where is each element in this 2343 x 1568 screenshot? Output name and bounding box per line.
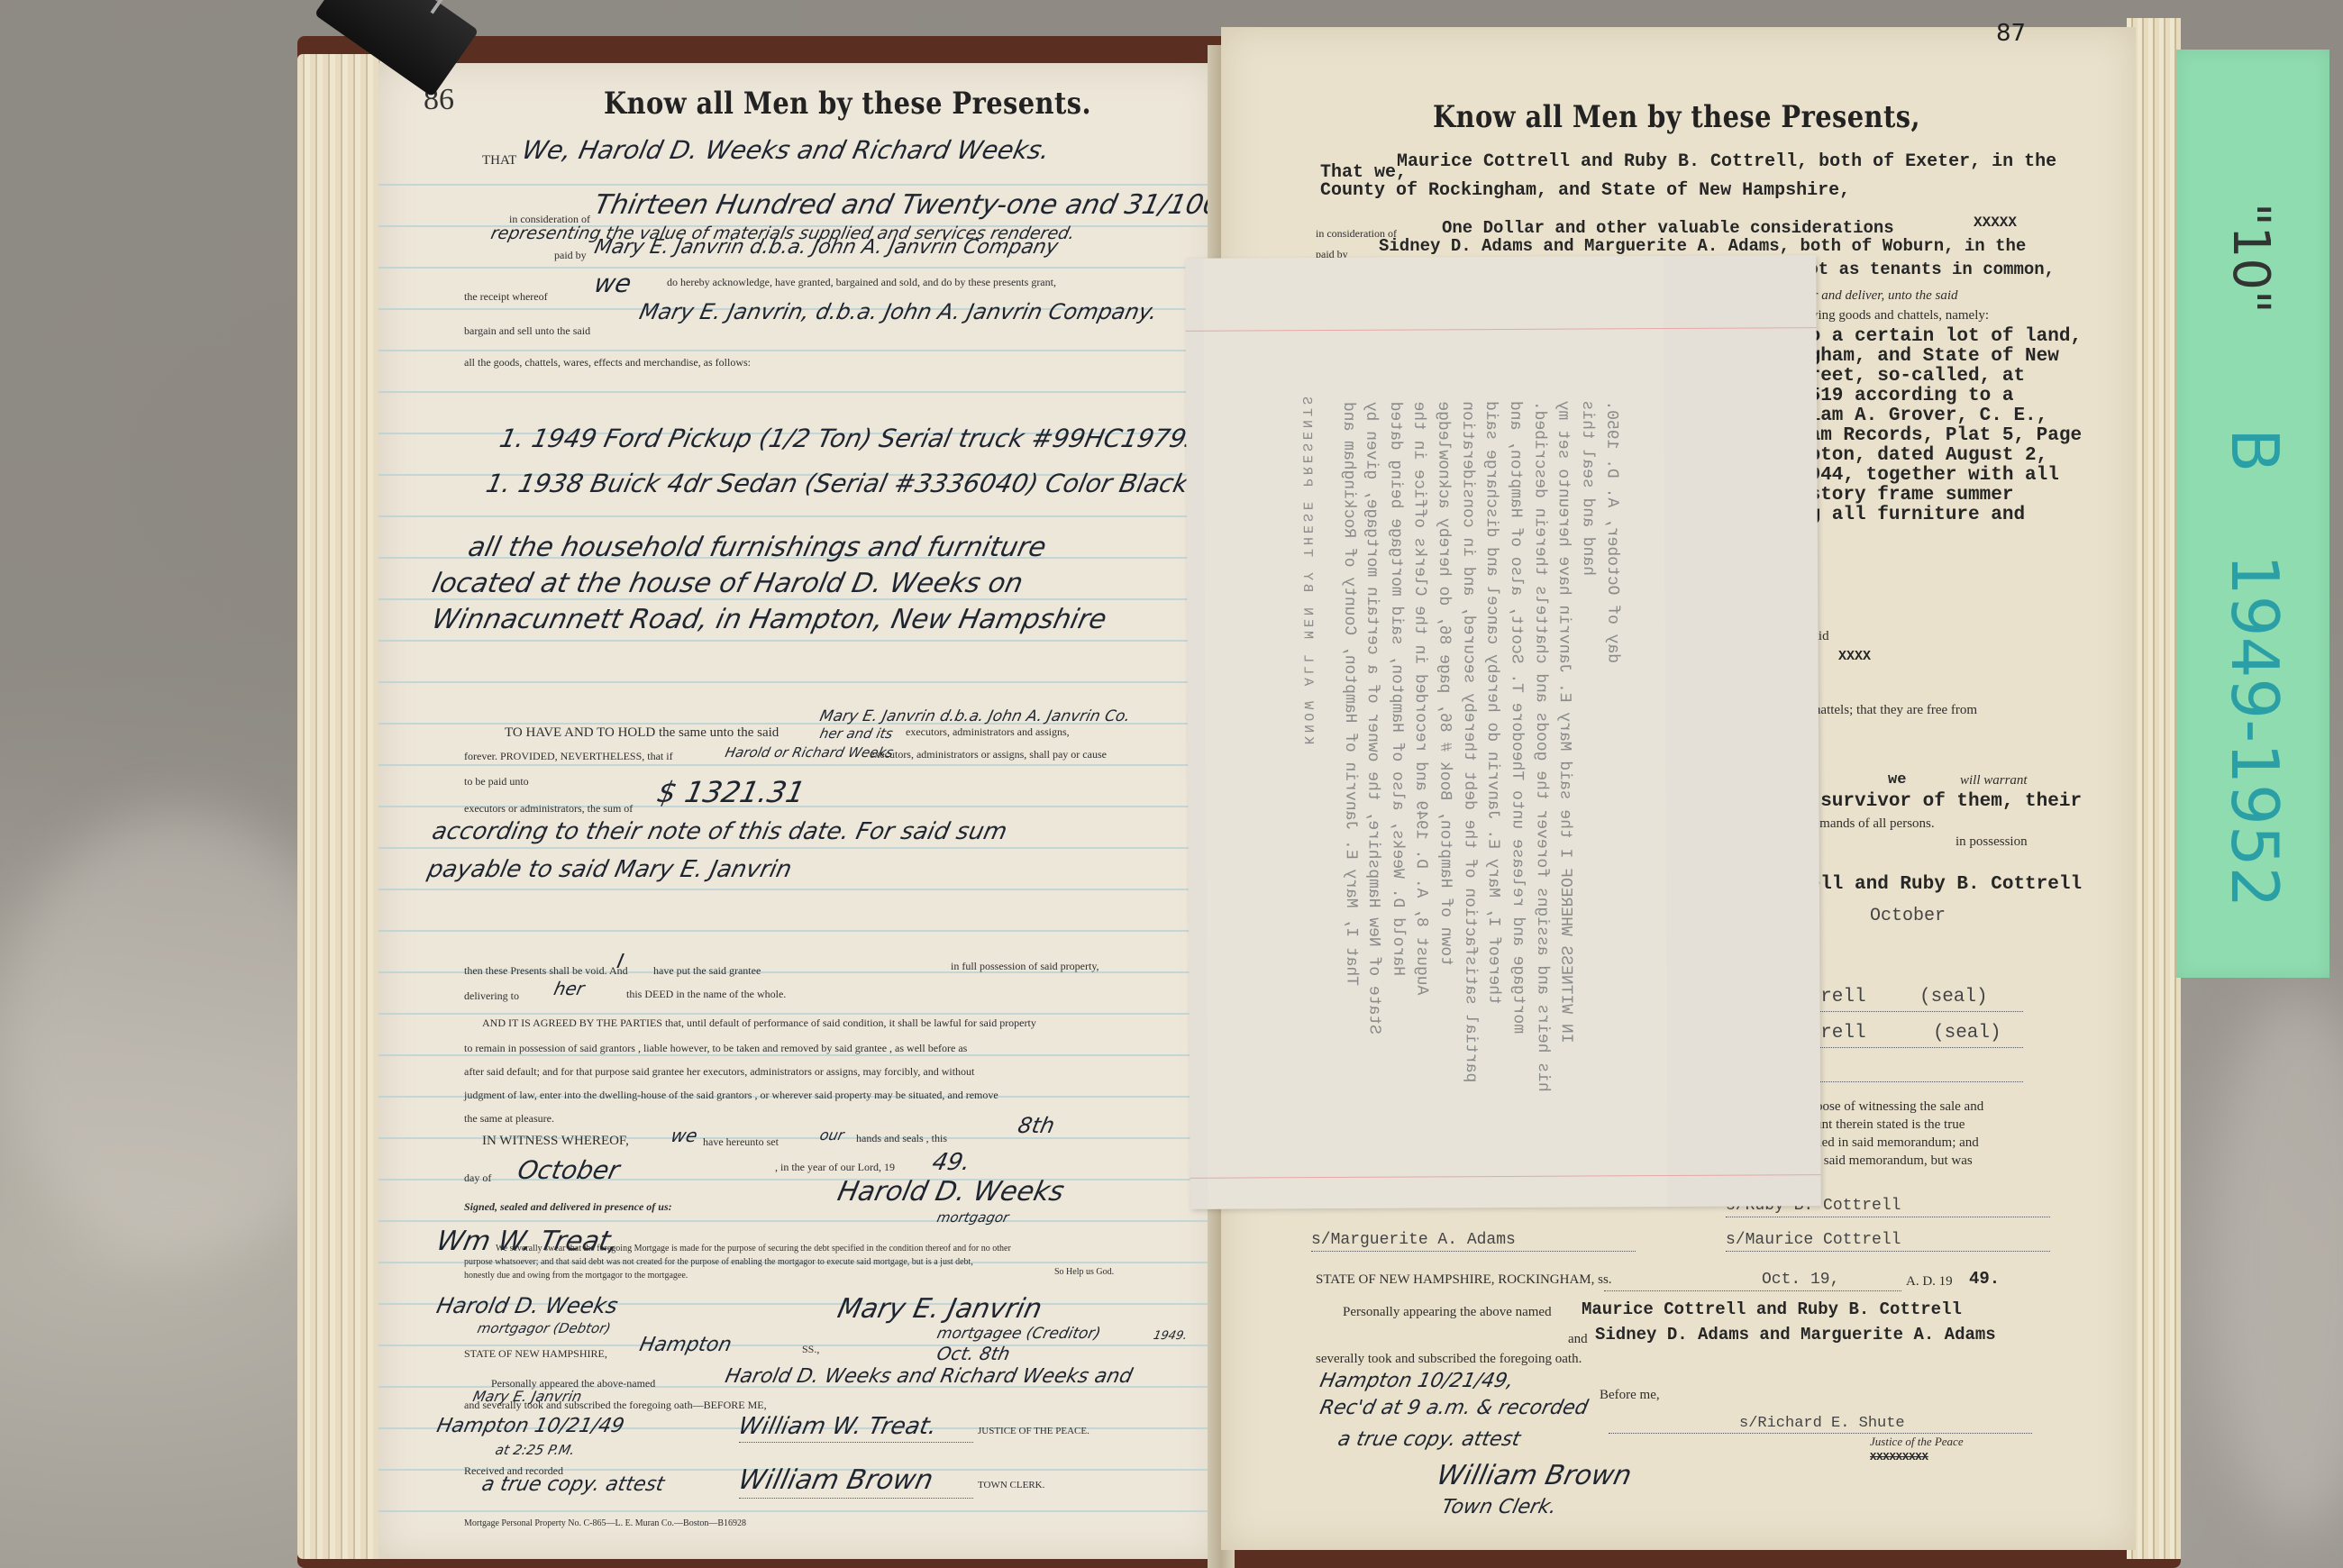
ack-year: 49. — [1969, 1269, 2000, 1289]
bargain-label: bargain and sell unto the said — [464, 324, 590, 338]
state-year-handwritten: 1949. — [1152, 1329, 1188, 1343]
mortgagor-role: mortgagor — [935, 1209, 1010, 1226]
slip-line: IN WITNESS WHEREOF I the said Mary E. Ja… — [1554, 401, 1575, 1044]
signature-marguerite-line — [1311, 1251, 1636, 1252]
slip-line: mortgage and release unto Theodore T. Sc… — [1506, 401, 1527, 1034]
jp-label: JUSTICE OF THE PEACE. — [978, 1426, 1089, 1436]
habendum-text: TO HAVE AND TO HOLD the same unto the sa… — [505, 725, 779, 741]
oath-role-right: mortgagee (Creditor) — [935, 1325, 1102, 1343]
appearing-and: and — [1568, 1332, 1588, 1347]
possession-text: in possession — [1956, 834, 2028, 850]
sum-note-handwritten-1: according to their note of this date. Fo… — [430, 818, 1009, 845]
oath-signature-left: Harold D. Weeks — [434, 1293, 620, 1318]
slip-date-line: day of October, A. D. 1950. — [1602, 400, 1622, 663]
ack-date: Oct. 19, — [1762, 1271, 1839, 1289]
recorded-time-handwritten: at 2:25 P.M. — [494, 1442, 577, 1458]
paid-by-text: Sidney D. Adams and Marguerite A. Adams,… — [1379, 236, 2026, 256]
following-text: lowing goods and chattels, namely: — [1798, 308, 1989, 324]
tenants-text: not as tenants in common, — [1798, 260, 2055, 279]
mortgagor-signature: Harold D. Weeks — [834, 1176, 1067, 1208]
seal-3-line — [1798, 1081, 2023, 1082]
slip-line: his heirs and assigns forever the goods … — [1530, 401, 1552, 1092]
slip-line: partial satisfaction of the debt thereby… — [1458, 401, 1480, 1082]
witness-we-handwritten: we — [669, 1125, 699, 1146]
goods-item-location: located at the house of Harold D. Weeks … — [429, 568, 1026, 599]
recorded-place-date-handwritten: Hampton 10/21/49 — [434, 1415, 626, 1437]
jp-signature-line — [739, 1442, 973, 1443]
paid-by-label: paid by — [554, 249, 587, 262]
sum-note-handwritten-2: payable to said Mary E. Janvrin — [425, 856, 794, 883]
warrant-text: will warrant — [1960, 773, 2028, 789]
clerk-signature-line — [739, 1498, 973, 1499]
sum-label: executors or administrators, the sum of — [464, 802, 633, 816]
habendum-handwritten: Mary E. Janvrin d.b.a. John A. Janvrin C… — [818, 707, 1132, 725]
recorded-place-date-handwritten: Hampton 10/21/49, — [1317, 1370, 1516, 1392]
signature-maurice-line — [1726, 1251, 2050, 1252]
witness-day-handwritten: 8th — [1016, 1113, 1057, 1138]
oath-line: purpose whatsoever; and that said debt w… — [464, 1257, 973, 1267]
delivering-tail: this DEED in the name of the whole. — [626, 988, 786, 1001]
proviso-tail: executors, administrators or assigns, sh… — [870, 748, 1107, 761]
year-text: , in the year of our Lord, 19 — [775, 1161, 895, 1174]
tab-mark: "10" — [2221, 203, 2280, 314]
goods-line: 1944, together with all — [1798, 465, 2059, 486]
demands-text: demands of all persons. — [1807, 816, 1935, 832]
state-date-handwritten: Oct. 8th — [934, 1343, 1012, 1364]
corner-page-number: 87 — [1996, 20, 2026, 47]
jp-label: Justice of the Peace — [1870, 1435, 1964, 1449]
year-handwritten: 49. — [930, 1149, 973, 1176]
page-heading: Know all Men by these Presents. — [604, 86, 1091, 122]
seal-2-line — [1798, 1047, 2023, 1048]
goods-line: ng all furniture and — [1798, 505, 2025, 525]
goods-label: all the goods, chattels, wares, effects … — [464, 356, 751, 369]
habendum-tail: executors, administrators and assigns, — [906, 725, 1070, 739]
goods-line: to a certain lot of land, — [1798, 326, 2082, 347]
clerk-signature: William Brown — [735, 1464, 935, 1496]
receipt-handwritten: we — [591, 269, 634, 298]
signature-marguerite: s/Marguerite A. Adams — [1311, 1231, 1516, 1249]
possession-text: in full possession of said property, — [951, 960, 1099, 973]
signature-maurice: s/Maurice Cottrell — [1726, 1231, 1901, 1249]
appearing-names-1: Maurice Cottrell and Ruby B. Cottrell — [1582, 1299, 1962, 1319]
consideration-text: One Dollar and other valuable considerat… — [1442, 218, 1894, 238]
left-page-mortgage: 86 Know all Men by these Presents. THAT … — [378, 63, 1217, 1559]
appearing-names-2: Sidney D. Adams and Marguerite A. Adams — [1595, 1325, 1996, 1345]
agreed-line: the same at pleasure. — [464, 1112, 554, 1126]
ss-label: SS., — [802, 1343, 819, 1356]
slip-line: thereof I, Mary E. Janvrin do hereby can… — [1481, 401, 1503, 1005]
habendum-handwritten-2: her and its — [818, 725, 894, 742]
oath-signature-right: Mary E. Janvrin — [834, 1293, 1044, 1325]
state-town-handwritten: Hampton — [637, 1334, 734, 1356]
ack-date-line — [1604, 1290, 1901, 1291]
clerk-signature: William Brown — [1434, 1460, 1634, 1491]
cottrell-line: rell and Ruby B. Cottrell — [1798, 874, 2082, 895]
paid-by-handwritten: Mary E. Janvrin d.b.a. John A. Janvrin C… — [592, 236, 1060, 259]
oath-role-left: mortgagor (Debtor) — [476, 1320, 612, 1336]
warrant-we: we — [1888, 771, 1906, 789]
goods-line: -story frame summer — [1798, 485, 2013, 506]
delivering-label: delivering to — [464, 989, 519, 1003]
clerk-label: TOWN CLERK. — [978, 1480, 1044, 1491]
green-index-tab: "10" B 1949-1952 — [2176, 50, 2329, 978]
before-me: Before me, — [1600, 1388, 1660, 1403]
background-stone-streak — [2208, 991, 2343, 1532]
jp-signature-line — [1609, 1433, 2032, 1434]
slip-title: KNOW ALL MEN BY THESE PRESENTS — [1299, 393, 1316, 744]
slip-line: State of New Hampshire, the owner of a c… — [1362, 402, 1383, 1035]
slip-line: That I, Mary E. Janvrin of Hampton, Coun… — [1339, 402, 1360, 986]
seal-1-line — [1798, 1011, 2023, 1012]
void-text: then these Presents shall be void. And — [464, 964, 628, 978]
acknowledge-text: do hereby acknowledge, have granted, bar… — [667, 276, 1056, 289]
memo-line: ecified in said memorandum; and — [1798, 1135, 1979, 1151]
goods-item-address: Winnacunnett Road, in Hampton, New Hamps… — [429, 604, 1109, 635]
signature-ruby-line — [1726, 1217, 2050, 1217]
jp-strike: XXXXXXXXX — [1870, 1451, 1928, 1463]
seal-1: (seal) — [1919, 987, 1988, 1007]
that-label: THAT — [482, 153, 516, 169]
jp-signature: s/Richard E. Shute — [1739, 1415, 1905, 1432]
slip-line: Harold D. Weeks, also of Hampton, said m… — [1386, 402, 1407, 976]
receipt-label: the receipt whereof — [464, 290, 548, 304]
goods-item-furnishings: all the household furnishings and furnit… — [465, 532, 1049, 563]
said-strike: XXXX — [1838, 649, 1871, 664]
sum-handwritten: $ 1321.31 — [654, 775, 808, 809]
goods-line: ham Records, Plat 5, Page — [1798, 425, 2082, 446]
state-label: STATE OF NEW HAMPSHIRE, — [464, 1347, 607, 1361]
sworn-text: and severally took and subscribed the fo… — [464, 1399, 767, 1412]
so-help-text: So Help us God. — [1054, 1267, 1114, 1277]
paid-unto-label: to be paid unto — [464, 775, 529, 789]
agreed-line: AND IT IS AGREED BY THE PARTIES that, un… — [482, 1016, 1036, 1030]
memo-line: mount therein stated is the true — [1798, 1117, 1965, 1133]
witness-tail: hands and seals , this — [856, 1132, 947, 1145]
month-handwritten: October — [515, 1155, 622, 1185]
oath-line: honestly due and owing from the mortgago… — [464, 1271, 688, 1281]
appearing-label: Personally appearing the above named — [1343, 1305, 1552, 1320]
transfer-text: sfer and deliver, unto the said — [1798, 288, 1957, 304]
witness-text: IN WITNESS WHEREOF, — [482, 1134, 629, 1149]
day-of-label: day of — [464, 1171, 491, 1185]
form-footer: Mortgage Personal Property No. C-865—L. … — [464, 1518, 746, 1528]
agreed-line: after said default; and for that purpose… — [464, 1065, 974, 1079]
signed-label: Signed, sealed and delivered in presence… — [464, 1200, 672, 1214]
goods-line: #519 according to a — [1798, 386, 2013, 406]
agreed-line: to remain in possession of said grantors… — [464, 1042, 967, 1055]
slip-line: hand and seal this — [1578, 400, 1597, 576]
ack-state: STATE OF NEW HAMPSHIRE, ROCKINGHAM, ss. — [1316, 1272, 1612, 1288]
void-tail: have put the said grantee — [653, 964, 761, 978]
goods-line: ngham, and State of New — [1798, 346, 2059, 367]
witness-mid: have hereunto set — [703, 1135, 779, 1149]
bargain-handwritten: Mary E. Janvrin, d.b.a. John A. Janvrin … — [637, 299, 1160, 324]
grantors-line-2: County of Rockingham, and State of New H… — [1320, 180, 1850, 201]
ack-ad: A. D. 19 — [1906, 1274, 1953, 1290]
copy-attest-handwritten: a true copy. attest — [1336, 1428, 1522, 1451]
memo-line: purpose of witnessing the sale and — [1798, 1099, 1983, 1115]
survivor-text: e survivor of them, their — [1798, 791, 2082, 812]
consideration-strike: XXXXX — [1974, 214, 2017, 231]
tab-years: 1949-1952 — [2217, 554, 2293, 907]
clerk-role: Town Clerk. — [1439, 1496, 1558, 1518]
appeared-handwritten: Harold D. Weeks and Richard Weeks and — [723, 1365, 1135, 1388]
grantors-line-1: Maurice Cottrell and Ruby B. Cottrell, b… — [1397, 151, 2056, 172]
goods-line: treet, so-called, at — [1798, 366, 2025, 387]
goods-item-buick: 1. 1938 Buick 4dr Sedan (Serial #3336040… — [483, 469, 1190, 498]
slip-line: town of Hampton, Book # 86, page 86, do … — [1434, 401, 1454, 966]
oath-text: severally took and subscribed the forego… — [1316, 1352, 1582, 1367]
tab-letter: B — [2217, 428, 2293, 472]
grantors-handwritten: We, Harold D. Weeks and Richard Weeks. — [519, 135, 1052, 165]
jp-signature: William W. Treat. — [736, 1413, 940, 1440]
seal-2: (seal) — [1933, 1023, 2001, 1044]
overlaid-discharge-slip: KNOW ALL MEN BY THESE PRESENTS That I, M… — [1185, 255, 1821, 1209]
goods-line: liam A. Grover, C. E., — [1798, 406, 2047, 426]
page-heading: Know all Men by these Presents, — [1433, 99, 1920, 135]
copy-attest-handwritten: a true copy. attest — [479, 1473, 666, 1496]
slip-line: August 8, A. D. 1949 and recorded in the… — [1409, 401, 1430, 995]
witness-our-handwritten: our — [818, 1126, 846, 1144]
agreed-line: judgment of law, enter into the dwelling… — [464, 1089, 998, 1102]
goods-line: mpton, dated August 2, — [1798, 445, 2047, 466]
oath-line: We severally swear that the foregoing Mo… — [496, 1244, 1011, 1253]
delivering-handwritten: her — [552, 978, 586, 999]
memo-line: cute said memorandum, but was — [1798, 1153, 1973, 1169]
month-text: October — [1870, 906, 1946, 926]
chattels-text: d chattels; that they are free from — [1798, 703, 1977, 718]
proviso-text: forever. PROVIDED, NEVERTHELESS, that if — [464, 750, 673, 763]
recorded-time-handwritten: Rec'd at 9 a.m. & recorded — [1317, 1397, 1590, 1419]
